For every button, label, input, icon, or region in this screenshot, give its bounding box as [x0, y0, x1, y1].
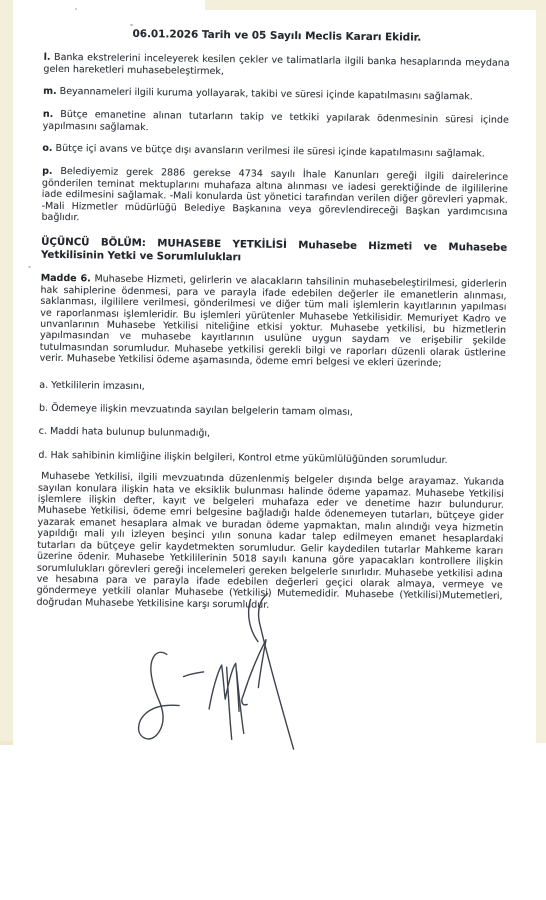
item-text: Ödemeye ilişkin mevzuatında sayılan belg… [51, 403, 353, 418]
scanned-document-page: { "page": { "header": "06.01.2026 Tarih … [0, 0, 546, 900]
sub-item-d: d. Hak sahibinin kimliğine ilişkin belgi… [38, 450, 504, 468]
signature-2 [209, 663, 240, 711]
paragraph-m: m. Beyannameleri ilgili kuruma yollayara… [43, 86, 509, 104]
scan-speck [130, 24, 133, 26]
document-body: 06.01.2026 Tarih ve 05 Sayılı Meclis Kar… [36, 28, 510, 614]
item-text: Belediyemiz gerek 2886 gerekse 4734 sayı… [41, 166, 508, 223]
paragraph-n: n. Bütçe emanetine alınan tutarların tak… [43, 109, 509, 138]
paragraph-p: p. Belediyemiz gerek 2886 gerekse 4734 s… [41, 166, 508, 229]
page-edge-top [205, 0, 546, 10]
item-prefix: m. [43, 86, 57, 97]
item-prefix: l. [44, 52, 51, 63]
item-text: Hak sahibinin kimliğine ilişkin belgiler… [50, 450, 447, 466]
signature-3-main [257, 594, 296, 749]
section-heading: ÜÇÜNCÜ BÖLÜM: MUHASEBE YETKİLİSİ Muhaseb… [41, 236, 507, 268]
item-text: Yetkililerin imzasını, [51, 379, 145, 391]
item-text: Maddi hata bulunup bulunmadığı, [50, 426, 210, 439]
document-header: 06.01.2026 Tarih ve 05 Sayılı Meclis Kar… [44, 28, 510, 46]
handwritten-signatures [90, 585, 322, 758]
sub-item-a: a. Yetkililerin imzasını, [39, 379, 505, 397]
item-text: Bütçe emanetine alınan tutarların takip … [43, 109, 509, 133]
item-prefix: b. [39, 403, 48, 414]
signature-3-curl [242, 695, 248, 705]
item-text: Bütçe içi avans ve bütçe dışı avansların… [56, 143, 485, 160]
paragraph-l: l. Banka ekstrelerini inceleyerek kesile… [43, 52, 509, 81]
signature-2-tail-1 [226, 667, 233, 739]
page-edge-right [536, 0, 546, 743]
signature-1 [138, 652, 179, 739]
paragraph-o: o. Bütçe içi avans ve bütçe dışı avansla… [42, 143, 508, 161]
item-prefix: d. [38, 450, 47, 461]
signature-1-dash [184, 672, 204, 677]
item-prefix: o. [42, 143, 52, 154]
item-prefix: c. [39, 426, 47, 437]
item-prefix: p. [42, 166, 53, 177]
sub-item-c: c. Maddi hata bulunup bulunmadığı, [39, 426, 505, 444]
article-text: Muhasebe Hizmeti, gelirlerin ve alacakla… [40, 274, 507, 369]
page-edge-bottom [0, 741, 13, 745]
sub-item-b: b. Ödemeye ilişkin mevzuatında sayılan b… [39, 403, 505, 421]
item-text: Banka ekstrelerini inceleyerek kesilen ç… [43, 52, 509, 77]
page-edge-left [0, 0, 13, 745]
item-prefix: a. [39, 379, 48, 390]
item-prefix: n. [43, 109, 54, 120]
signature-3-top [248, 599, 258, 641]
signature-3-cross [243, 639, 266, 695]
scan-speck [75, 8, 77, 10]
article-prefix: Madde 6. [41, 273, 91, 285]
paragraph-madde-6: Madde 6. Muhasebe Hizmeti, gelirlerin ve… [40, 273, 507, 370]
item-text: Beyannameleri ilgili kuruma yollayarak, … [60, 86, 473, 102]
scan-speck [28, 266, 31, 268]
signature-2-tail-2 [236, 671, 245, 733]
